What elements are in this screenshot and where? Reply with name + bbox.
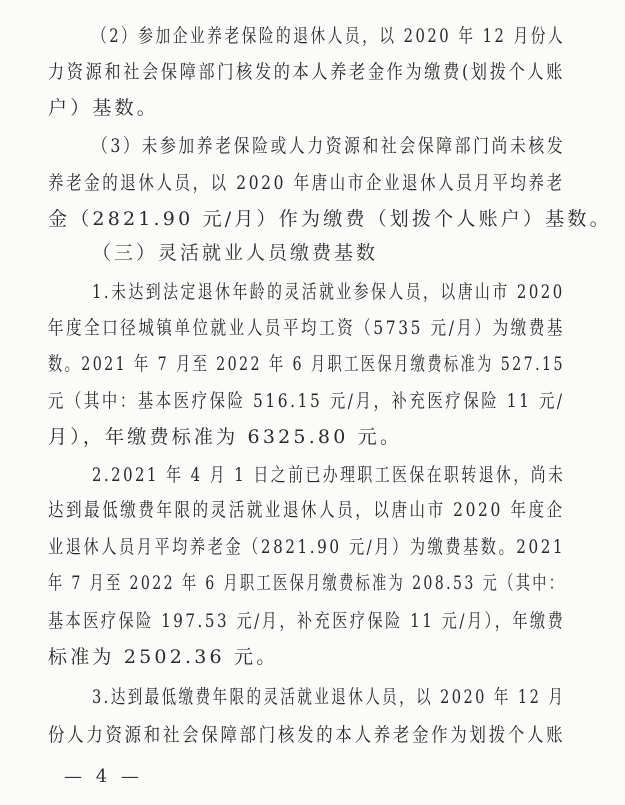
text-line: 年 7 月至 2022 年 6 月职工医保月缴费标准为 208.53 元（其中：: [48, 571, 435, 595]
text-line: 达到最低缴费年限的灵活就业退休人员，以唐山市 2020 年度企: [48, 498, 471, 522]
page-number: — 4 —: [64, 766, 143, 787]
text-line: 2.2021 年 4 月 1 日之前已办理职工医保在职转退休，尚未: [92, 463, 498, 487]
text-line: 年度全口径城镇单位就业人员平均工资（5735 元/月）为缴费基: [48, 316, 471, 340]
document-page: （2）参加企业养老保险的退休人员，以 2020 年 12 月份人力资源和社会保障…: [0, 0, 625, 805]
text-line: 数。2021 年 7 月至 2022 年 6 月职工医保月缴费标准为 527.1…: [48, 352, 438, 376]
text-line: 元（其中：基本医疗保险 516.15 元/月，补充医疗保险 11 元/: [48, 389, 469, 413]
text-line: 业退休人员月平均养老金（2821.90 元/月）为缴费基数。2021: [48, 535, 464, 559]
text-line: 份人力资源和社会保障部门核发的本人养老金作为划拨个人账: [48, 723, 497, 747]
text-line: 标准为 2502.36 元。: [48, 645, 568, 669]
text-line: 月），年缴费标准为 6325.80 元。: [48, 425, 568, 449]
text-line: 1.未达到法定退休年龄的灵活就业参保人员，以唐山市 2020: [92, 280, 498, 304]
text-line: （3）未参加养老保险或人力资源和社会保障部门尚未核发: [92, 134, 524, 158]
text-line: 3.达到最低缴费年限的灵活就业退休人员，以 2020 年 12 月: [92, 685, 489, 709]
text-line: 户）基数。: [48, 96, 568, 120]
text-line: 基本医疗保险 197.53 元/月，补充医疗保险 11 元/月），年缴费: [48, 609, 461, 633]
text-line: 金（2821.90 元/月）作为缴费（划拨个人账户）基数。: [48, 207, 568, 231]
section-heading: （三）灵活就业人员缴费基数: [92, 241, 612, 265]
text-line: （2）参加企业养老保险的退休人员，以 2020 年 12 月份人: [92, 24, 495, 48]
text-line: 力资源和社会保障部门核发的本人养老金作为缴费(划拨个人账: [48, 60, 489, 84]
text-line: 养老金的退休人员，以 2020 年唐山市企业退休人员月平均养老: [48, 171, 471, 195]
